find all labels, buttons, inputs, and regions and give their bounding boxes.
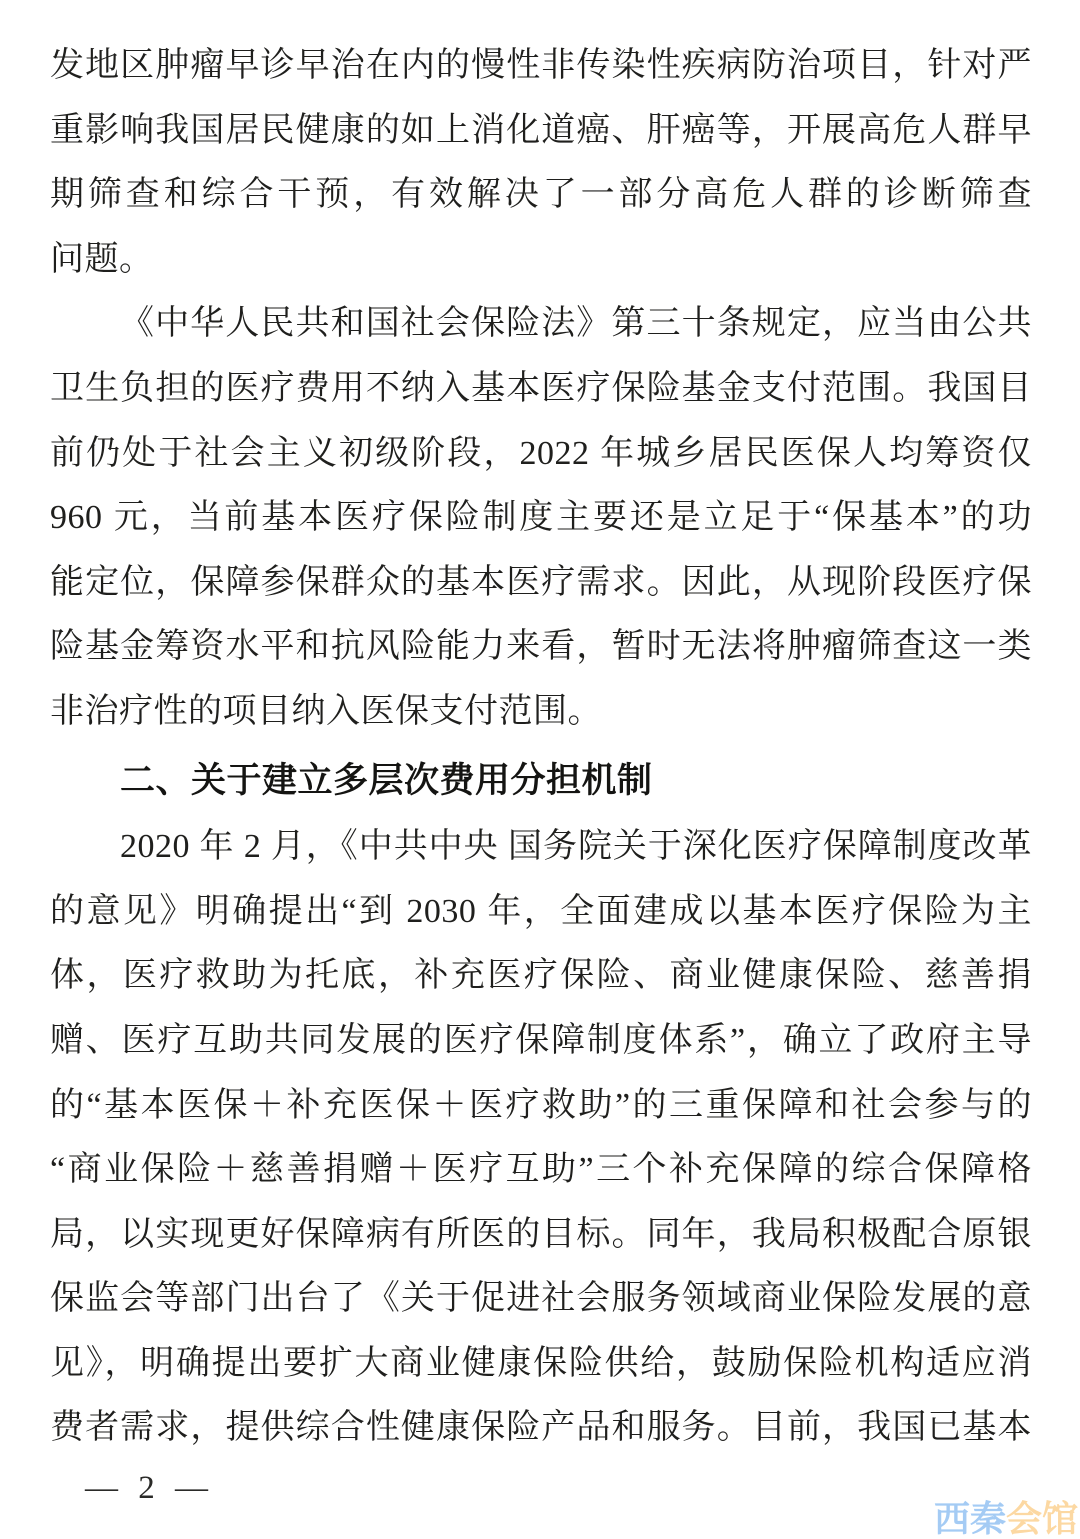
text-line: 费者需求，提供综合性健康保险产品和服务。目前，我国已基本: [50, 1396, 1032, 1461]
text-line: 局，以实现更好保障病有所医的目标。同年，我局积极配合原银: [50, 1203, 1032, 1268]
section-heading: 二、关于建立多层次费用分担机制: [50, 749, 1032, 814]
text-line: 重影响我国居民健康的如上消化道癌、肝癌等，开展高危人群早: [50, 99, 1032, 164]
text-line: 体，医疗救助为托底，补充医疗保险、商业健康保险、慈善捐: [50, 944, 1032, 1009]
text-line: 的“基本医保＋补充医保＋医疗救助”的三重保障和社会参与的: [50, 1074, 1032, 1139]
text-line: 期筛查和综合干预，有效解决了一部分高危人群的诊断筛查: [50, 163, 1032, 228]
text-line: 960 元，当前基本医疗保险制度主要还是立足于“保基本”的功: [50, 486, 1032, 551]
text-line: 卫生负担的医疗费用不纳入基本医疗保险基金支付范围。我国目: [50, 357, 1032, 422]
text-line: 非治疗性的项目纳入医保支付范围。: [50, 680, 1032, 745]
watermark-text-primary: 西秦: [934, 1498, 1006, 1539]
text-line: 问题。: [50, 228, 1032, 293]
text-line: 赠、医疗互助共同发展的医疗保障制度体系”，确立了政府主导: [50, 1009, 1032, 1074]
watermark: 西秦会馆: [934, 1499, 1078, 1539]
document-page: 发地区肿瘤早诊早治在内的慢性非传染性疾病防治项目，针对严 重影响我国居民健康的如…: [0, 0, 1080, 1539]
text-line: 发地区肿瘤早诊早治在内的慢性非传染性疾病防治项目，针对严: [50, 34, 1032, 99]
text-line: 2020 年 2 月，《中共中央 国务院关于深化医疗保障制度改革: [50, 815, 1032, 880]
text-line: 能定位，保障参保群众的基本医疗需求。因此，从现阶段医疗保: [50, 551, 1032, 616]
text-line: 的意见》明确提出“到 2030 年，全面建成以基本医疗保险为主: [50, 880, 1032, 945]
page-footer: — 2 —: [85, 1470, 214, 1507]
page-number: — 2 —: [85, 1470, 214, 1506]
text-line: 险基金筹资水平和抗风险能力来看，暂时无法将肿瘤筛查这一类: [50, 615, 1032, 680]
text-line: “商业保险＋慈善捐赠＋医疗互助”三个补充保障的综合保障格: [50, 1138, 1032, 1203]
document-body: 发地区肿瘤早诊早治在内的慢性非传染性疾病防治项目，针对严 重影响我国居民健康的如…: [50, 34, 1032, 1461]
text-line: 《中华人民共和国社会保险法》第三十条规定，应当由公共: [50, 292, 1032, 357]
text-line: 保监会等部门出台了《关于促进社会服务领域商业保险发展的意: [50, 1267, 1032, 1332]
watermark-text-secondary: 会馆: [1006, 1498, 1078, 1539]
text-line: 见》，明确提出要扩大商业健康保险供给，鼓励保险机构适应消: [50, 1332, 1032, 1397]
text-line: 前仍处于社会主义初级阶段，2022 年城乡居民医保人均筹资仅: [50, 422, 1032, 487]
